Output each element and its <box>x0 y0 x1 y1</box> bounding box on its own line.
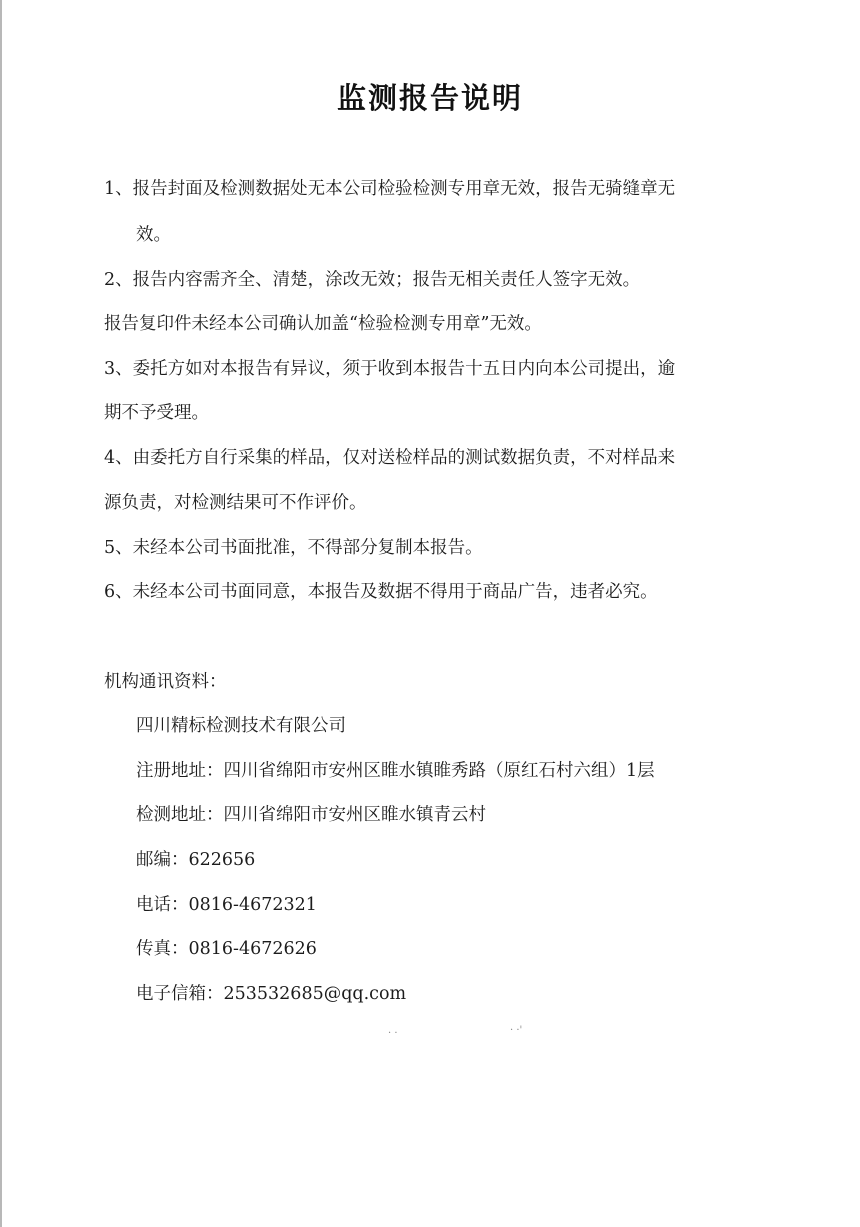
clause-5: 5、未经本公司书面批准，不得部分复制本报告。 <box>104 534 483 559</box>
phone: 电话：0816-4672321 <box>136 891 317 916</box>
clause-4-cont: 源负责，对检测结果可不作评价。 <box>104 489 367 514</box>
registered-address: 注册地址：四川省绵阳市安州区睢水镇睢秀路（原红石村六组）1层 <box>136 757 655 782</box>
email: 电子信箱：253532685@qq.com <box>136 980 406 1005</box>
clause-3: 3、委托方如对本报告有异议，须于收到本报告十五日内向本公司提出，逾 <box>104 355 675 380</box>
clause-6: 6、未经本公司书面同意，本报告及数据不得用于商品广告，违者必究。 <box>104 578 658 603</box>
clause-3-cont: 期不予受理。 <box>104 399 209 424</box>
company-name: 四川精标检测技术有限公司 <box>136 712 346 737</box>
clause-2-cont: 报告复印件未经本公司确认加盖“检验检测专用章”无效。 <box>104 310 542 335</box>
clause-1-cont: 效。 <box>136 221 171 246</box>
testing-address: 检测地址：四川省绵阳市安州区睢水镇青云村 <box>136 801 486 826</box>
postcode: 邮编：622656 <box>136 846 255 871</box>
fax: 传真：0816-4672626 <box>136 935 317 960</box>
scan-speck: · ·' <box>510 1025 522 1036</box>
clause-4: 4、由委托方自行采集的样品，仅对送检样品的测试数据负责，不对样品来 <box>104 444 675 469</box>
scan-edge <box>0 0 2 1227</box>
contact-heading: 机构通讯资料： <box>104 668 227 693</box>
page-title: 监测报告说明 <box>0 76 860 117</box>
scan-speck: · · <box>388 1028 398 1039</box>
clause-1: 1、报告封面及检测数据处无本公司检验检测专用章无效，报告无骑缝章无 <box>104 175 675 200</box>
clause-2: 2、报告内容需齐全、清楚，涂改无效；报告无相关责任人签字无效。 <box>104 266 640 291</box>
